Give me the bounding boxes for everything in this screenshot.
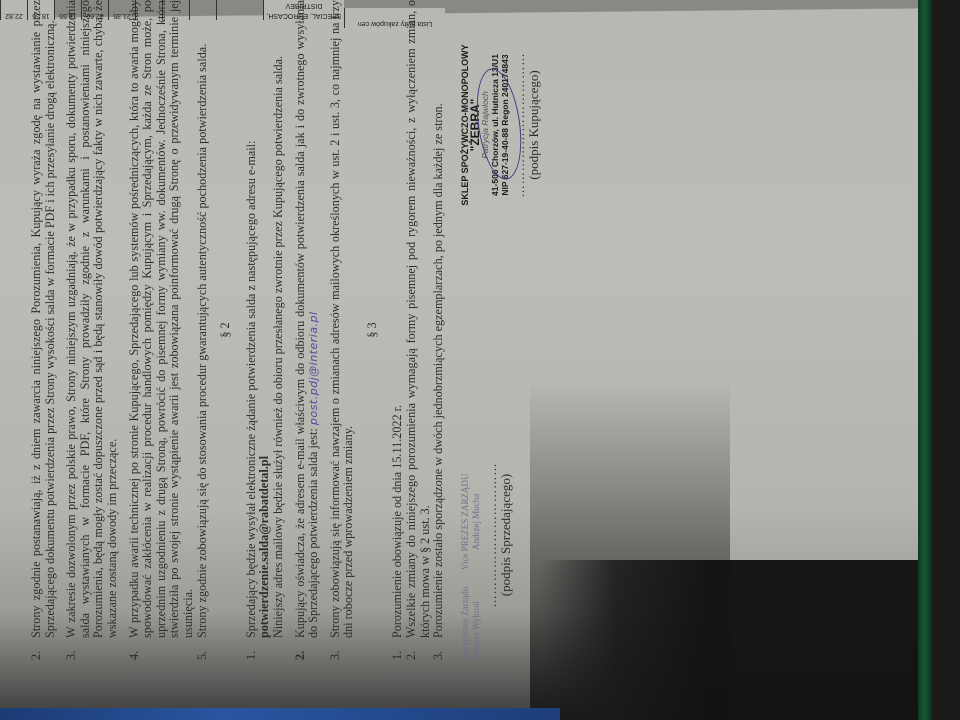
section-2-heading: § 2 [219, 0, 233, 660]
green-binder-edge [918, 0, 932, 720]
clause-text: Strony zgodnie zobowiązują się do stosow… [196, 0, 210, 638]
seller-email: potwierdzenie.salda@rabatdetal.pl [257, 456, 271, 638]
clause-number: 3. [329, 638, 356, 660]
seller-stamp: Wiceprezes Zarządu Tomasz Wykroń Vice PR… [460, 410, 482, 660]
clause-text: Wszelkie zmiany do niniejszego porozumie… [405, 0, 432, 638]
signature-line: …………………………… [486, 410, 500, 660]
clause: 2. Strony zgodnie postanawiają, iż z dni… [30, 0, 57, 660]
stamp-company-name: "ŻEBRA" [470, 0, 480, 250]
document-page: 2. Strony zgodnie postanawiają, iż z dni… [30, 0, 630, 660]
clause: 3. Porozumienie zostało sporządzone w dw… [432, 0, 446, 660]
stamp-address: 41-506 Chorzów, ul. Hutnicza 13/U1 [490, 0, 500, 250]
clause-text: Kupujący oświadcza, że adresem e-mail wł… [294, 0, 321, 638]
clause-number: 1. [391, 638, 405, 660]
stamp-tax-ids: NIP 627-19-40-88 Regon 240174843 [500, 0, 510, 250]
dark-background [932, 0, 960, 720]
buyer-signature-label: (podpis Kupującego) [527, 0, 541, 250]
clause-number: 4. [128, 638, 196, 660]
clause-number: 2. [30, 638, 57, 660]
table-cell: 22,82 [0, 0, 27, 20]
clause-text: Porozumienie obowiązuje od dnia 15.11.20… [391, 0, 405, 638]
section-3-heading: § 3 [366, 0, 380, 660]
clause-number: 1. [245, 638, 286, 660]
clause: 5. Strony zgodnie zobowiązują się do sto… [196, 0, 210, 660]
clause: 2. Wszelkie zmiany do niniejszego porozu… [405, 0, 432, 660]
seller-stamp-title-2: Vice PREZES ZARZĄDU [460, 410, 471, 570]
clause-number: 3. [432, 638, 446, 660]
seller-stamp-name-2: Andrzej Mucha [471, 410, 482, 550]
clause-number: 5. [196, 638, 210, 660]
clause-text: W zakresie dozwolonym przez polskie praw… [65, 0, 119, 638]
clause: 4. W przypadku awarii technicznej po str… [128, 0, 196, 660]
clause-text: Porozumienie zostało sporządzone w dwóch… [432, 0, 446, 638]
signature-row: Wiceprezes Zarządu Tomasz Wykroń Vice PR… [460, 0, 541, 660]
seller-signature-block: Wiceprezes Zarządu Tomasz Wykroń Vice PR… [460, 410, 541, 660]
clause-text: Strony zgodnie postanawiają, iż z dniem … [30, 0, 57, 638]
clause-text: Sprzedający będzie wysyłał elektroniczne… [245, 0, 286, 638]
clause-text: W przypadku awarii technicznej po stroni… [128, 0, 196, 638]
clause-text-intro: Sprzedający będzie wysyłał elektroniczne… [244, 141, 258, 638]
clause: 3. W zakresie dozwolonym przez polskie p… [65, 0, 119, 660]
clause-number: 2. [405, 638, 432, 660]
clause: 2. Kupujący oświadcza, że adresem e-mail… [294, 0, 321, 660]
buyer-handwritten-email: post.pdj@interia.pl [307, 311, 320, 425]
clause-text: Strony zobowiązują się informować nawzaj… [329, 0, 356, 638]
clause-number: 3. [65, 638, 119, 660]
clause-text-outro: Niniejszy adres mailowy będzie służył ró… [271, 56, 285, 638]
stamp-owner: Patrycja Rajwloch [480, 0, 490, 250]
clause: 1. Porozumienie obowiązuje od dnia 15.11… [391, 0, 405, 660]
buyer-signature-block: SKLEP SPOŻYWCZO-MONOPOLOWY "ŻEBRA" Patry… [460, 0, 541, 250]
seller-signature-label: (podpis Sprzedającego) [499, 410, 513, 660]
clause: 3. Strony zobowiązują się informować naw… [329, 0, 356, 660]
document-photo: 22,82 18,55 18,55 32,60 21,35 SPECIAL, E… [0, 0, 960, 720]
section-1-items: 2. Strony zgodnie postanawiają, iż z dni… [30, 0, 209, 660]
clause: 1. Sprzedający będzie wysyłał elektronic… [245, 0, 286, 660]
blue-folder-edge [0, 708, 560, 720]
signature-line: …………………………… [514, 0, 528, 250]
buyer-company-stamp: SKLEP SPOŻYWCZO-MONOPOLOWY "ŻEBRA" Patry… [460, 0, 510, 250]
clause-number: 2. [294, 638, 321, 660]
